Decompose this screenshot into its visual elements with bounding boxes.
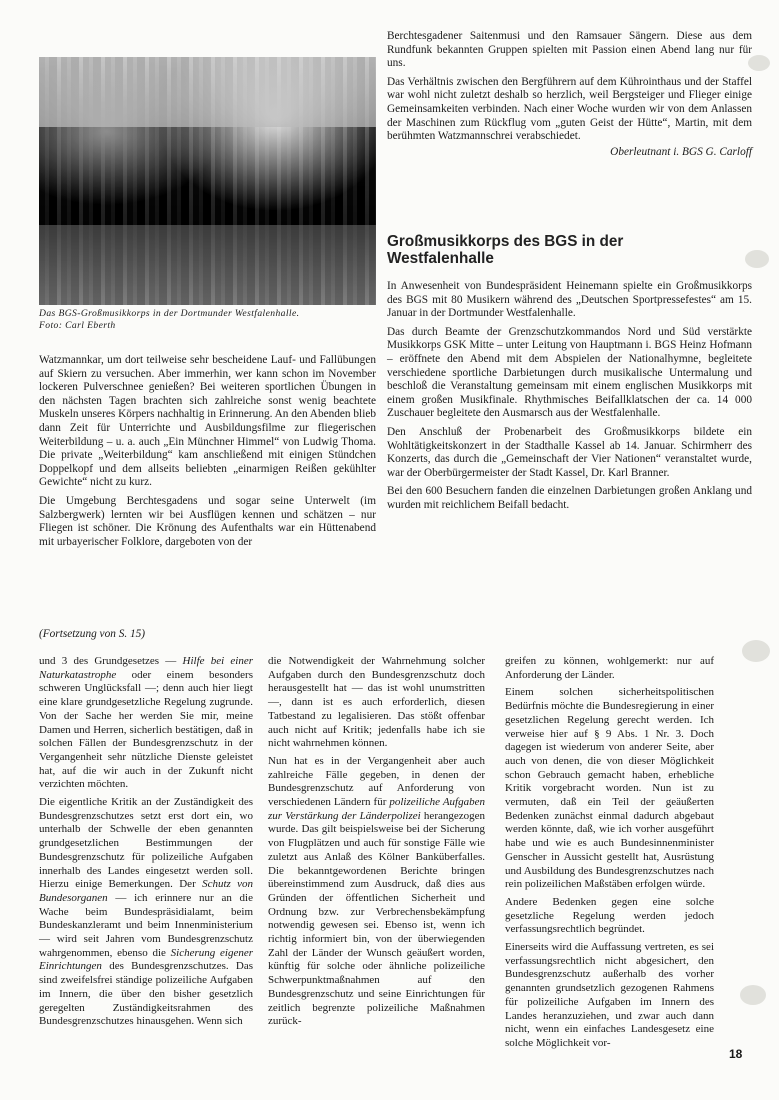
scan-speck [748,55,770,71]
paragraph: die Notwendigkeit der Wahrnehmung solche… [268,655,485,751]
article1-left-column: Watzmannkar, um dort teilweise sehr besc… [39,354,376,554]
article2-headline: Großmusikkorps des BGS in der Westfalenh… [387,233,687,267]
page-number: 18 [729,1047,742,1061]
text-run: Die eigentliche Kritik an der Zuständigk… [39,796,253,890]
photo-floor-area [39,225,376,305]
text-run: oder einem besonders schweren Unglücksfa… [39,669,253,791]
paragraph: Bei den 600 Besuchern fanden die einzeln… [387,485,752,512]
author-signature: Oberleutnant i. BGS G. Carloff [387,146,752,160]
scan-speck [740,985,766,1005]
continuation-column-3: greifen zu können, wohlgemerkt: nur auf … [505,655,714,1055]
paragraph: Berchtesgadener Saitenmusi und den Ramsa… [387,30,752,71]
paragraph: Den Anschluß der Probenarbeit des Großmu… [387,426,752,480]
caption-text: Das BGS-Großmusikkorps in der Dortmunder… [39,308,379,320]
band-photo [39,57,376,305]
paragraph: Andere Bedenken gegen eine solche gesetz… [505,896,714,937]
text-run: herangezogen wurde. Das gilt beispielswe… [268,810,485,1028]
paragraph: und 3 des Grundgesetzes — Hilfe bei eine… [39,655,253,792]
continuation-label: (Fortsetzung von S. 15) [39,628,145,640]
scan-speck [742,640,770,662]
paragraph: In Anwesenheit von Bundespräsident Heine… [387,280,752,321]
text-run: und 3 des Grundgesetzes — [39,655,183,667]
paragraph: Einerseits wird die Auffassung vertreten… [505,941,714,1051]
paragraph: Nun hat es in der Vergangenheit aber auc… [268,755,485,1029]
article1-right-column: Berchtesgadener Saitenmusi und den Ramsa… [387,30,752,159]
article2-body: In Anwesenheit von Bundespräsident Heine… [387,280,752,518]
paragraph: Das Verhältnis zwischen den Bergführern … [387,76,752,144]
paragraph: Einem solchen sicherheitspolitischen Bed… [505,686,714,892]
continuation-column-2: die Notwendigkeit der Wahrnehmung solche… [268,655,485,1033]
scan-speck [745,250,769,268]
continuation-column-1: und 3 des Grundgesetzes — Hilfe bei eine… [39,655,253,1033]
paragraph: Watzmannkar, um dort teilweise sehr besc… [39,354,376,490]
paragraph: Die eigentliche Kritik an der Zuständigk… [39,796,253,1029]
paragraph: Das durch Beamte der Grenzschutzkommando… [387,326,752,421]
photo-credit: Foto: Carl Eberth [39,320,379,332]
paragraph: greifen zu können, wohlgemerkt: nur auf … [505,655,714,682]
photo-wall-area [39,57,376,127]
paragraph: Die Umgebung Berchtesgadens und sogar se… [39,495,376,549]
photo-caption: Das BGS-Großmusikkorps in der Dortmunder… [39,308,379,332]
